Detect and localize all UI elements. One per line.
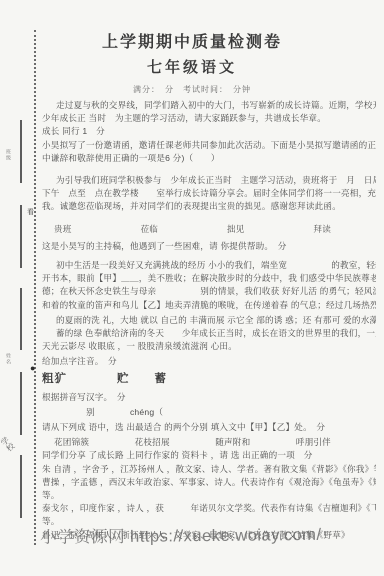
seal-dotted-line [34,30,36,545]
option-term: 随声附和 [215,436,250,449]
option-term: 贵班 [54,223,72,236]
watermark: 小学资源网 https://xueke.woiay.com/ [40,520,380,548]
score-time-line: 满分： 分 考试时间： 分钟 [0,84,384,95]
margin-label-name: 姓名 [5,353,12,365]
body-line: 别 chéng（ [42,406,376,419]
option-term: 花团锦簇 [54,436,89,449]
margin-label-school: 学校 [0,434,17,453]
option-term: 莅临 [140,223,158,236]
body-line: 开书本，眼前【甲】＿＿，美不胜收；在解决散步时的分歧中，我 们感受中华民族尊老爱… [42,272,376,285]
option-terms-row: 花团锦簇花枝招展随声附和呼朋引伴 [42,436,376,449]
body-line: 泰戈尔 ，印度作家 ，诗人 ，获 年诺贝尔文学奖。代表作有诗集《吉檀迦利》《飞鸟… [42,502,376,515]
page-title: 上学期期中质量检测卷 [0,32,384,54]
seal-solid-segment [20,455,22,518]
seal-solid-segment [20,120,22,183]
body-line: 少年成长正 当时 为主题的学习活动，请大家踊跃参与，共谱成长华章。 [42,112,376,125]
option-terms-row: 贵班莅临拙见拜读 [42,223,376,236]
option-term: 呼朋引伴 [296,436,331,449]
body-line: 这是小昊写的主持稿，他遇到了一些困难，请 你提供帮助。 分 [42,240,376,253]
option-term: 拙见 [227,223,245,236]
body-line: 给加点字注音。 分 [42,355,376,368]
seal-solid-segment [20,372,22,435]
body-line: 中谦辞和敬辞使用正确的一项是6 分)（ ） [42,152,376,165]
exam-paper: 班级 姓名 学校 看 ● 上学期期中质量检测卷 七年级语文 满分： 分 考试时间… [0,0,384,576]
body-line: 蓄的绿 色奉献给济南的冬天 少年成长正当时，成长在语文的世界里的我们，一片片 [42,327,376,340]
body-line: 走过夏与秋的交界线，同学们踏入初中的大门，书写崭新的成长诗篇。近期，学校开展以 [42,99,376,112]
margin-label-class: 班级 [5,149,12,161]
option-term: 花枝招展 [135,436,170,449]
body-line: 和着的牧童的笛声和鸟儿【乙】地卖弄清脆的喉咙，在传递着春 的气息；经过几场热烈而… [42,299,376,312]
body-line: 曹操 ，字孟德 ，西汉末年政治家、军事家、诗人。代表诗作有《观沧海》《龟虽寿》《… [42,476,376,489]
body-line: 我。诚邀您莅临现场，并对同学们的表现提出宝贵的拙见。感谢您拜读此函。 [42,200,376,213]
body-line: 初中生活是一段美好又充满挑战的经历 小小的我们，端坐宽 的教室，轻轻打 [42,259,376,272]
body-line: 请从下列成 语中，选 出最适合 的两个分别 填入文中【甲】【乙】处。 分 [42,421,376,434]
body-line: 粗犷 贮 蓄 [42,371,376,387]
body-line: 朱 自清 ，字舍予 ，江苏扬州人 ，散文家、诗人、学者。著有散文集《背影》《你我… [42,463,376,476]
body-line: 等。 [42,489,376,502]
ink-blot: ● [30,363,35,373]
seal-solid-segment [20,288,22,350]
body-line: 小昊拟写了一份邀请函，邀请任课老师共同参加此次活动。下面是小昊拟写邀请函的正文，… [42,139,376,152]
body-text: 走过夏与秋的交界线，同学们踏入初中的大门，书写崭新的成长诗篇。近期，学校开展以少… [42,99,376,542]
body-line: 下午 点至 点在教学楼 室举行成长诗篇分享会。届时全体同学们将一一亮相，充分展示… [42,187,376,200]
option-term: 拜读 [313,223,331,236]
body-line: 的夏雨的洗 礼，大地 就以 自己的 丰满而展 示它全 部的诱 惑；还 有那可 爱… [42,314,376,327]
body-line: 为引导我们班同学积极参与 少年成长正当时 主题学习活动，贵班将于 月 日周二 [42,174,376,187]
page-subtitle: 七年级语文 [0,56,384,80]
body-line: 天光云影尽 收眼底 ，一 股股清泉缓流滋润 心田。 [42,340,376,353]
body-line: 德；在秋天怀念史铁生与母亲 别的情景，我们收获 好好儿活 的勇气；轻风流水应 [42,285,376,298]
body-line: 根据拼音写汉字。 分 [42,391,376,404]
ink-blot: 看 [27,207,34,217]
body-line: 成长 同行 1 分 [42,125,376,138]
header: 上学期期中质量检测卷 七年级语文 满分： 分 考试时间： 分钟 [0,32,384,95]
seal-solid-segment [20,205,22,268]
body-line: 同学们分享 了成长路 上同行作家的 资料卡 ，请 选 出正确的一项 分 [42,449,376,462]
